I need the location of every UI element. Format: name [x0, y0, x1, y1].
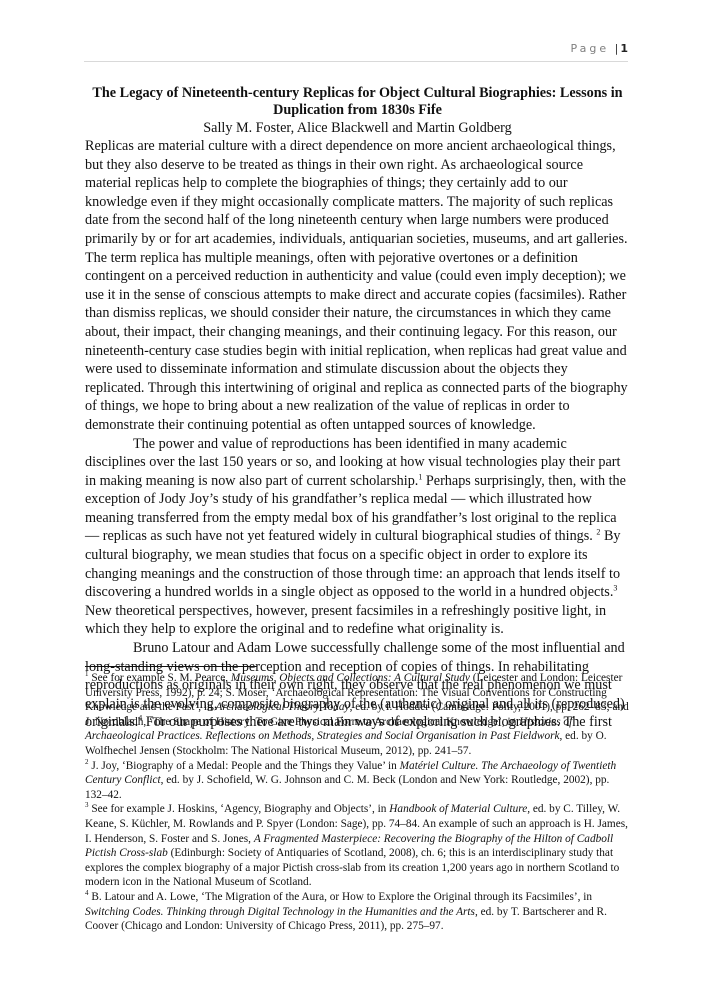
- article-authors: Sally M. Foster, Alice Blackwell and Mar…: [85, 120, 630, 137]
- footnote-ref-3[interactable]: 3: [613, 584, 617, 593]
- page-separator: |: [615, 42, 619, 55]
- paragraph-2: The power and value of reproductions has…: [85, 435, 630, 640]
- article-body: The Legacy of Nineteenth-century Replica…: [85, 85, 630, 732]
- page-label: Page: [570, 42, 609, 55]
- footnote-separator: [85, 666, 257, 667]
- header-rule: [84, 61, 628, 62]
- body-text: Replicas are material culture with a dir…: [85, 137, 630, 732]
- page-header: Page |1: [84, 42, 628, 60]
- paragraph-1: Replicas are material culture with a dir…: [85, 137, 630, 435]
- article-title: The Legacy of Nineteenth-century Replica…: [85, 85, 630, 119]
- footnote-3: 3 See for example J. Hoskins, ‘Agency, B…: [85, 802, 630, 890]
- footnotes: 1 See for example S. M. Pearce, Museums,…: [85, 671, 630, 934]
- footnote-4: 4 B. Latour and A. Lowe, ‘The Migration …: [85, 890, 630, 934]
- footnote-2: 2 J. Joy, ‘Biography of a Medal: People …: [85, 759, 630, 803]
- footnote-1: 1 See for example S. M. Pearce, Museums,…: [85, 671, 630, 759]
- page-number: 1: [620, 42, 628, 55]
- document-page: Page |1 The Legacy of Nineteenth-century…: [0, 0, 707, 1000]
